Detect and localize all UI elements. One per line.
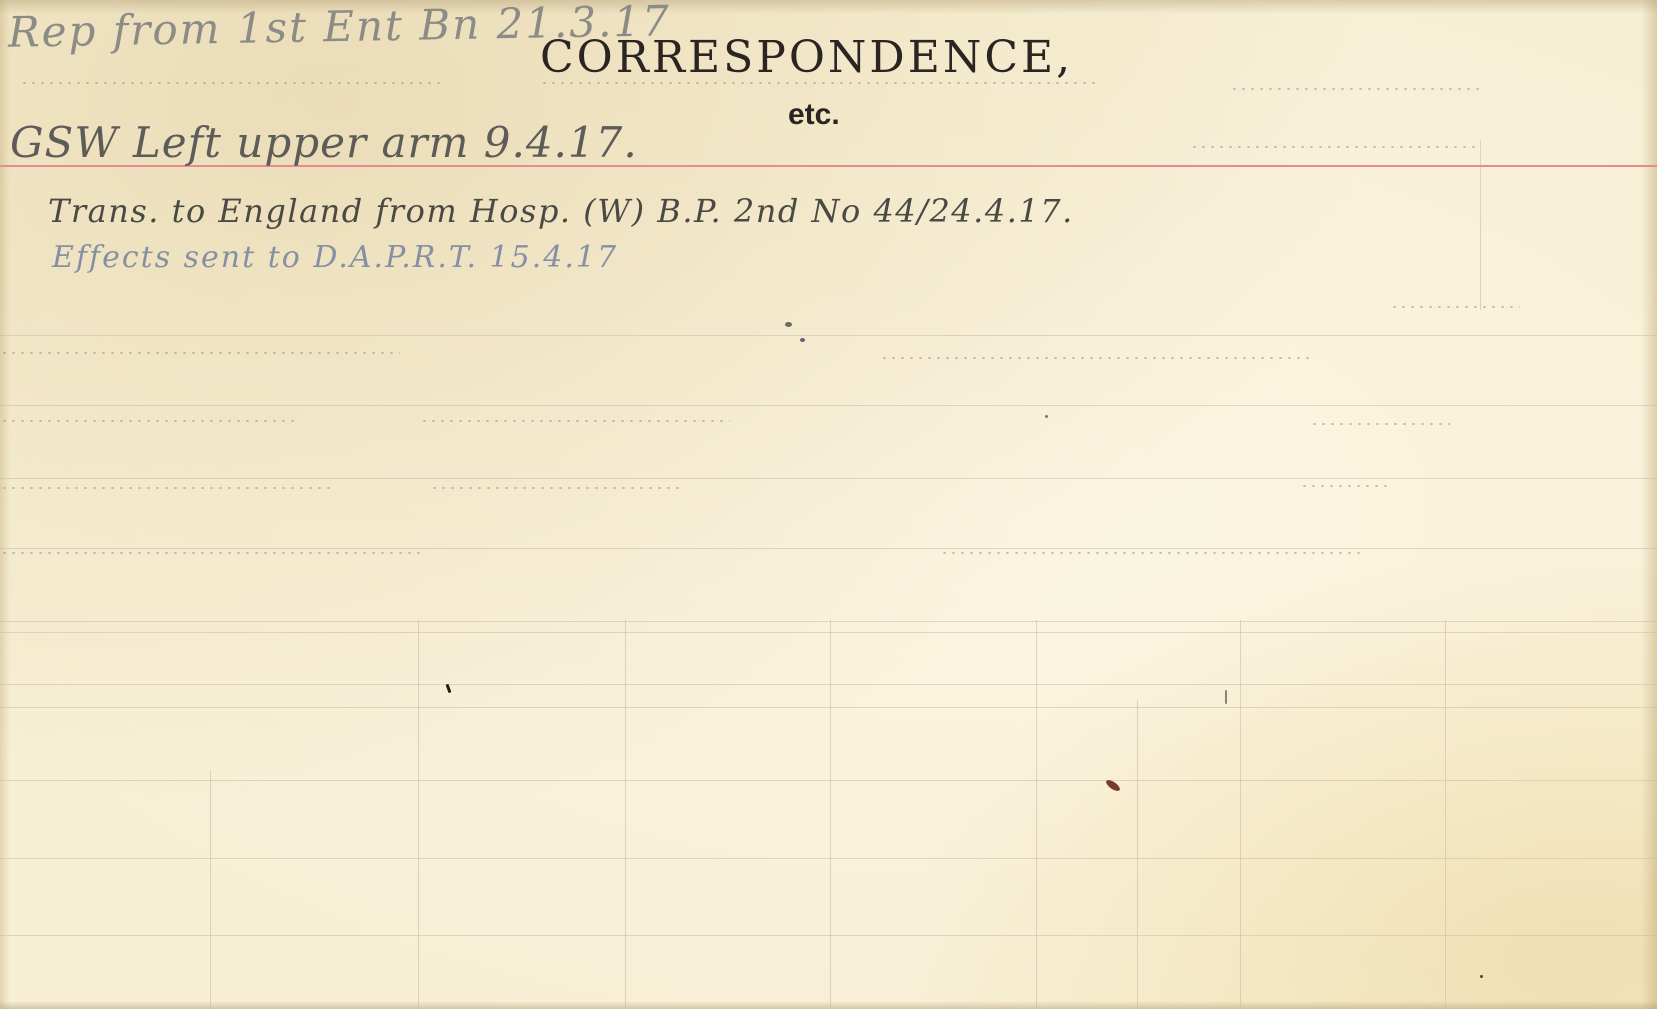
ruled-column xyxy=(1445,620,1446,1009)
ruled-line xyxy=(0,935,1657,936)
ruled-line xyxy=(0,621,1657,622)
ruled-column xyxy=(210,770,211,1009)
ruled-line xyxy=(0,858,1657,859)
ruled-line xyxy=(0,405,1657,406)
ruled-column xyxy=(1240,620,1241,1009)
ruled-column xyxy=(1137,700,1138,1009)
ruled-line xyxy=(0,478,1657,479)
handwritten-note-effects: Effects sent to D.A.P.R.T. 15.4.17 xyxy=(52,240,618,275)
dotted-leader xyxy=(0,420,300,422)
dotted-leader xyxy=(880,357,1310,359)
ruled-column xyxy=(830,620,831,1009)
printed-subheading: etc. xyxy=(788,98,840,132)
dotted-leader xyxy=(1310,423,1450,425)
card-edge-bottom xyxy=(0,1001,1657,1009)
ink-speck xyxy=(800,338,805,342)
dotted-leader xyxy=(1230,88,1480,90)
dotted-leader xyxy=(1190,146,1480,148)
ruled-column xyxy=(1036,620,1037,1009)
ruled-column xyxy=(418,620,419,1009)
ink-speck xyxy=(785,322,792,327)
dotted-leader xyxy=(0,552,420,554)
dotted-leader xyxy=(0,352,400,354)
ruled-line xyxy=(0,548,1657,549)
dust-speck xyxy=(1045,415,1048,418)
dotted-leader xyxy=(430,487,680,489)
ruled-line xyxy=(0,707,1657,708)
dotted-leader xyxy=(1390,306,1520,308)
ruled-column xyxy=(625,620,626,1009)
dotted-leader xyxy=(1300,485,1390,487)
ruled-line xyxy=(0,632,1657,633)
dust-speck xyxy=(1480,975,1483,978)
ruled-line xyxy=(0,335,1657,336)
dotted-leader xyxy=(940,552,1360,554)
ruled-line xyxy=(0,780,1657,781)
record-card: CORRESPONDENCE, etc. Rep from 1st Ent Bn… xyxy=(0,0,1657,1009)
dust-speck xyxy=(1225,690,1227,704)
ruled-line xyxy=(0,684,1657,685)
dotted-leader xyxy=(420,420,730,422)
dotted-leader xyxy=(20,82,440,84)
ink-speck xyxy=(446,684,452,693)
dotted-leader xyxy=(0,487,330,489)
handwritten-note-gsw: GSW Left upper arm 9.4.17. xyxy=(10,118,638,167)
handwritten-note-transfer: Trans. to England from Hosp. (W) B.P. 2n… xyxy=(48,192,1074,230)
